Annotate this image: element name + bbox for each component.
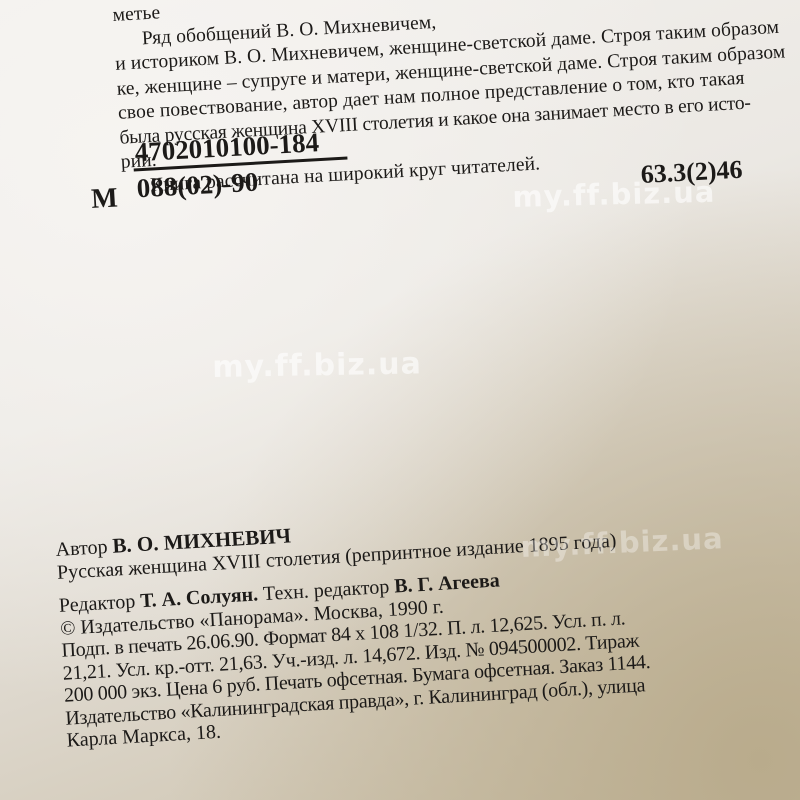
editor-label: Редактор	[58, 591, 136, 617]
watermark: my.ff.biz.ua	[212, 346, 422, 385]
book-imprint-page: метье Ряд обобщений В. О. Михневичем, и …	[0, 0, 800, 800]
code-fraction: 4702010100-184 088(02)-90	[132, 126, 349, 205]
watermark: my.ff.biz.ua	[512, 175, 716, 214]
author-label: Автор	[55, 536, 108, 561]
code-letter: М	[90, 182, 118, 215]
